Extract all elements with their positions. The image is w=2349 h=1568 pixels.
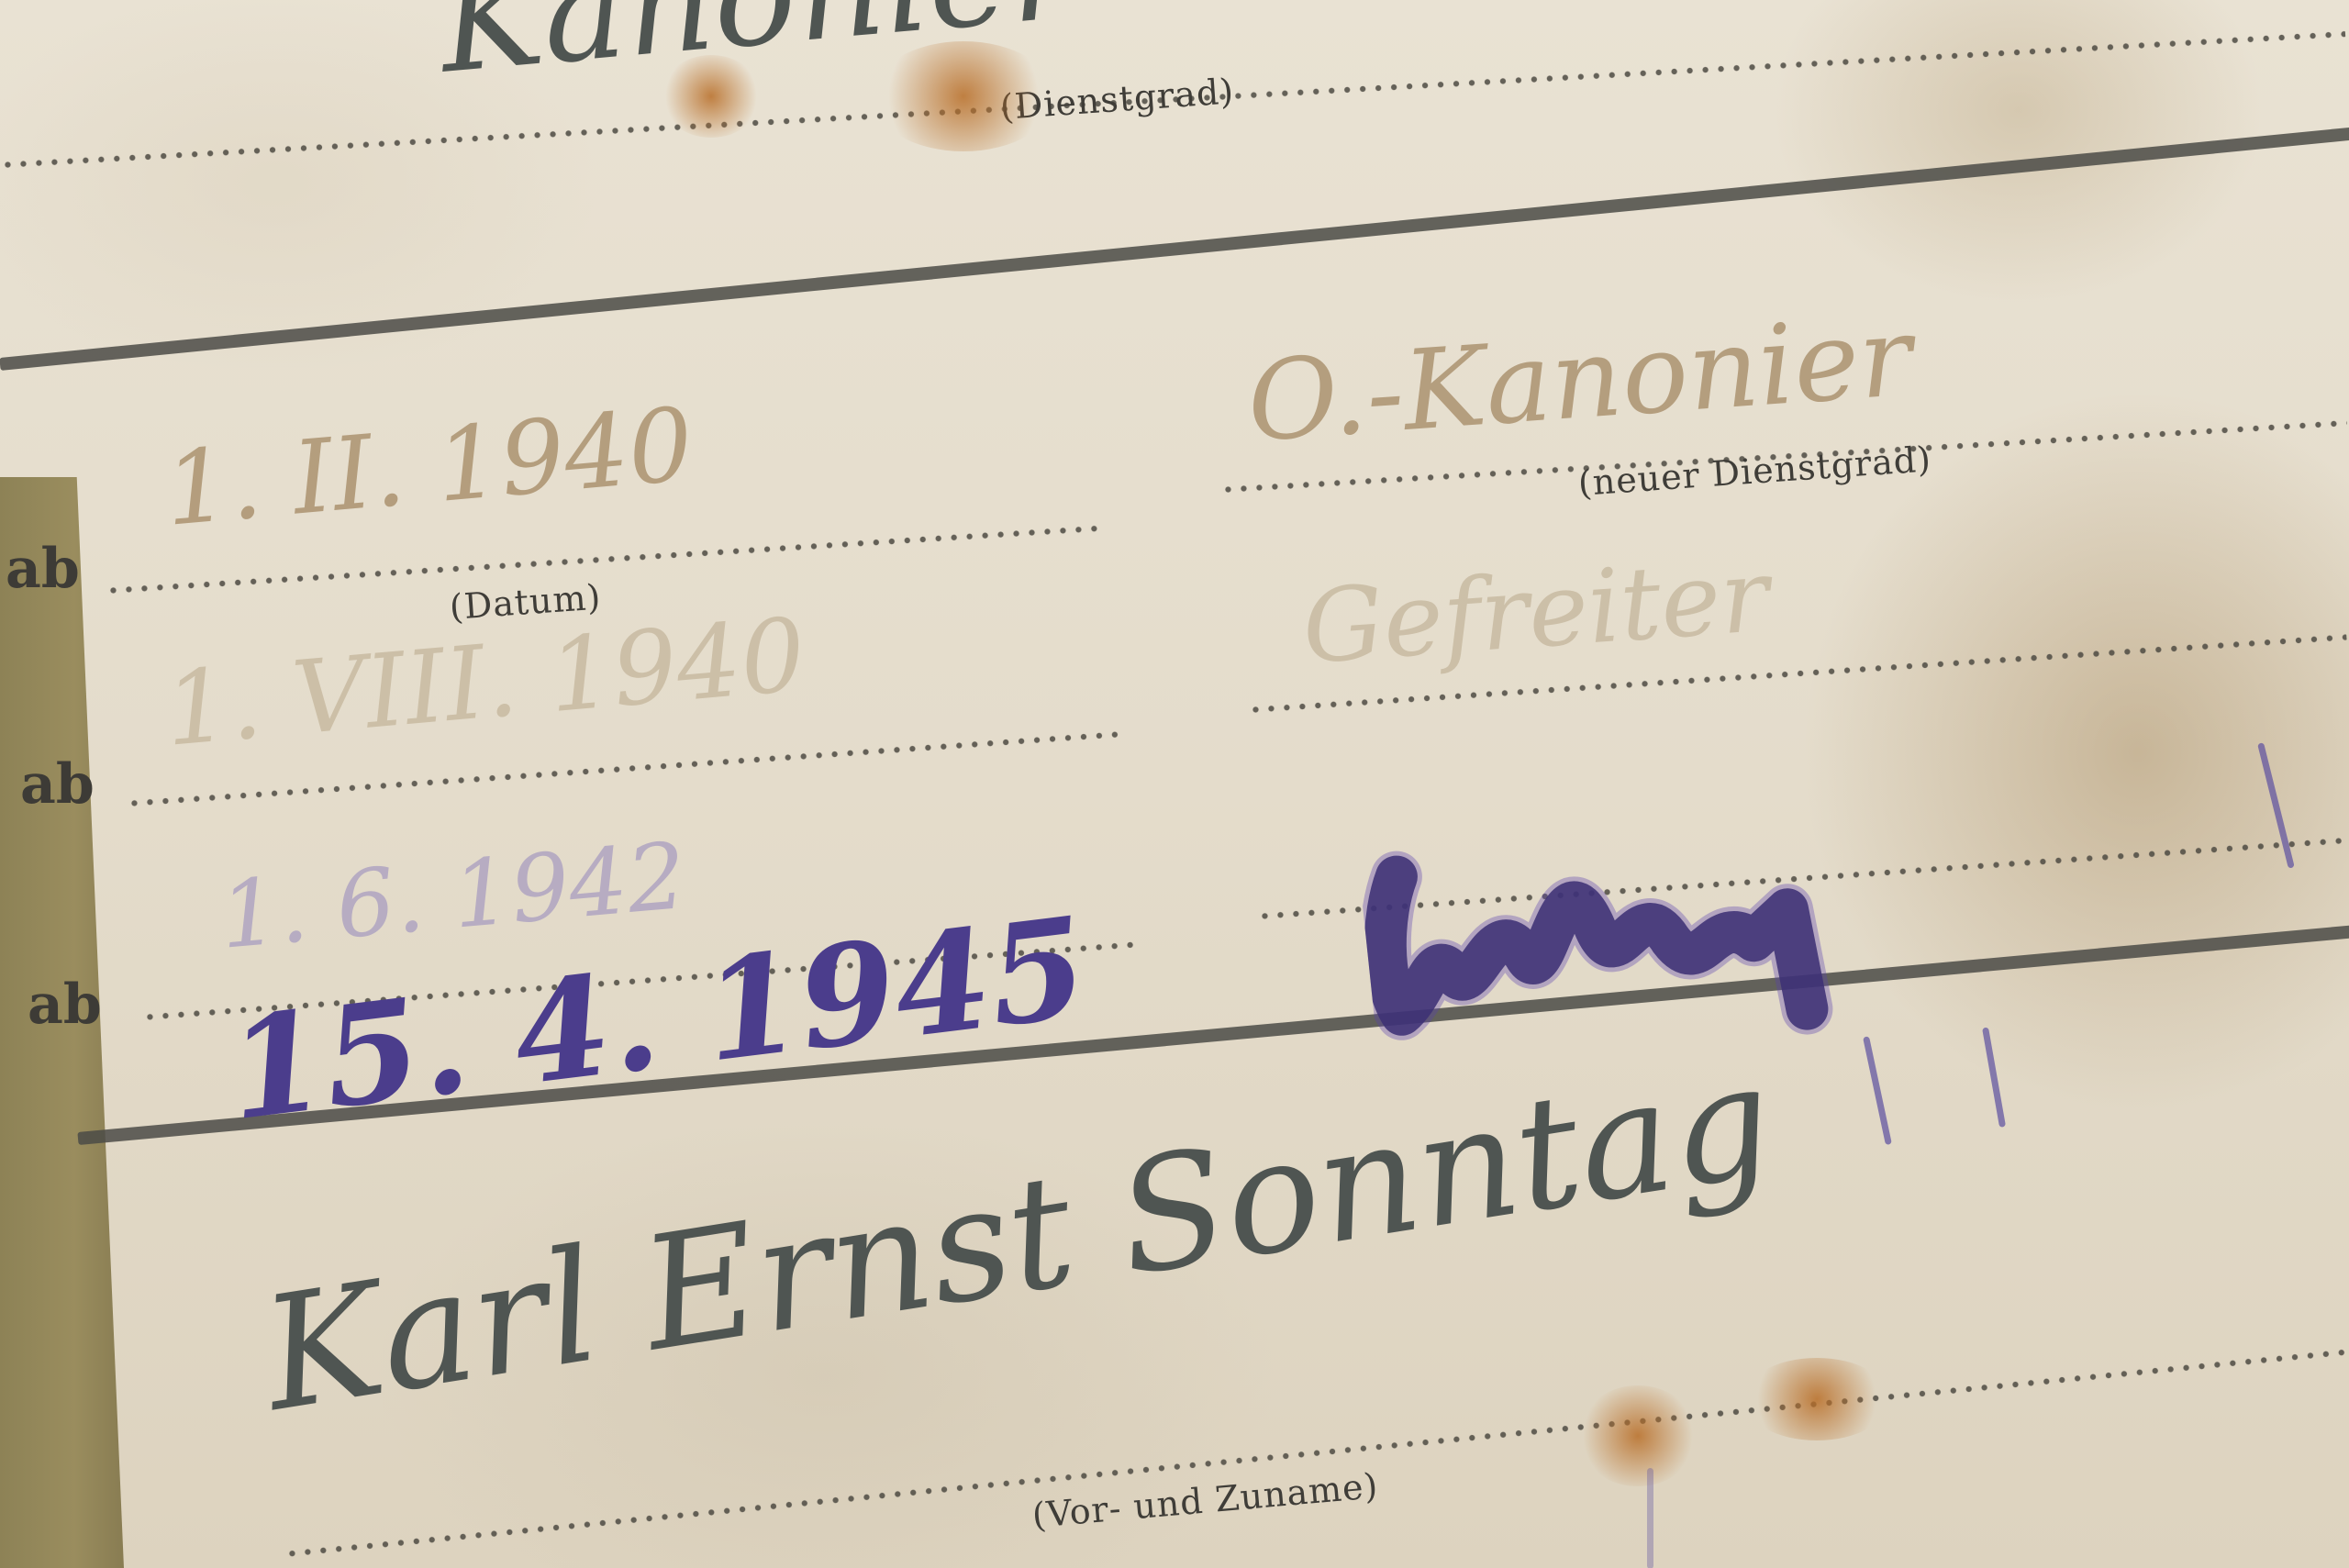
handwriting-rank-row1: O.-Kanonier — [1243, 294, 1916, 467]
handwriting-rank-row2: Gefreiter — [1299, 537, 1773, 686]
handwriting-top-rank: Kanonier — [433, 0, 1081, 105]
pencil-stroke — [1647, 1468, 1653, 1568]
handwriting-date-row1: 1. II. 1940 — [160, 385, 697, 549]
handwriting-date-row2: 1. VIII. 1940 — [160, 595, 809, 768]
handwritten-entries: Kanonier 1. II. 1940 O.-Kanonier 1. VIII… — [0, 0, 2349, 1568]
